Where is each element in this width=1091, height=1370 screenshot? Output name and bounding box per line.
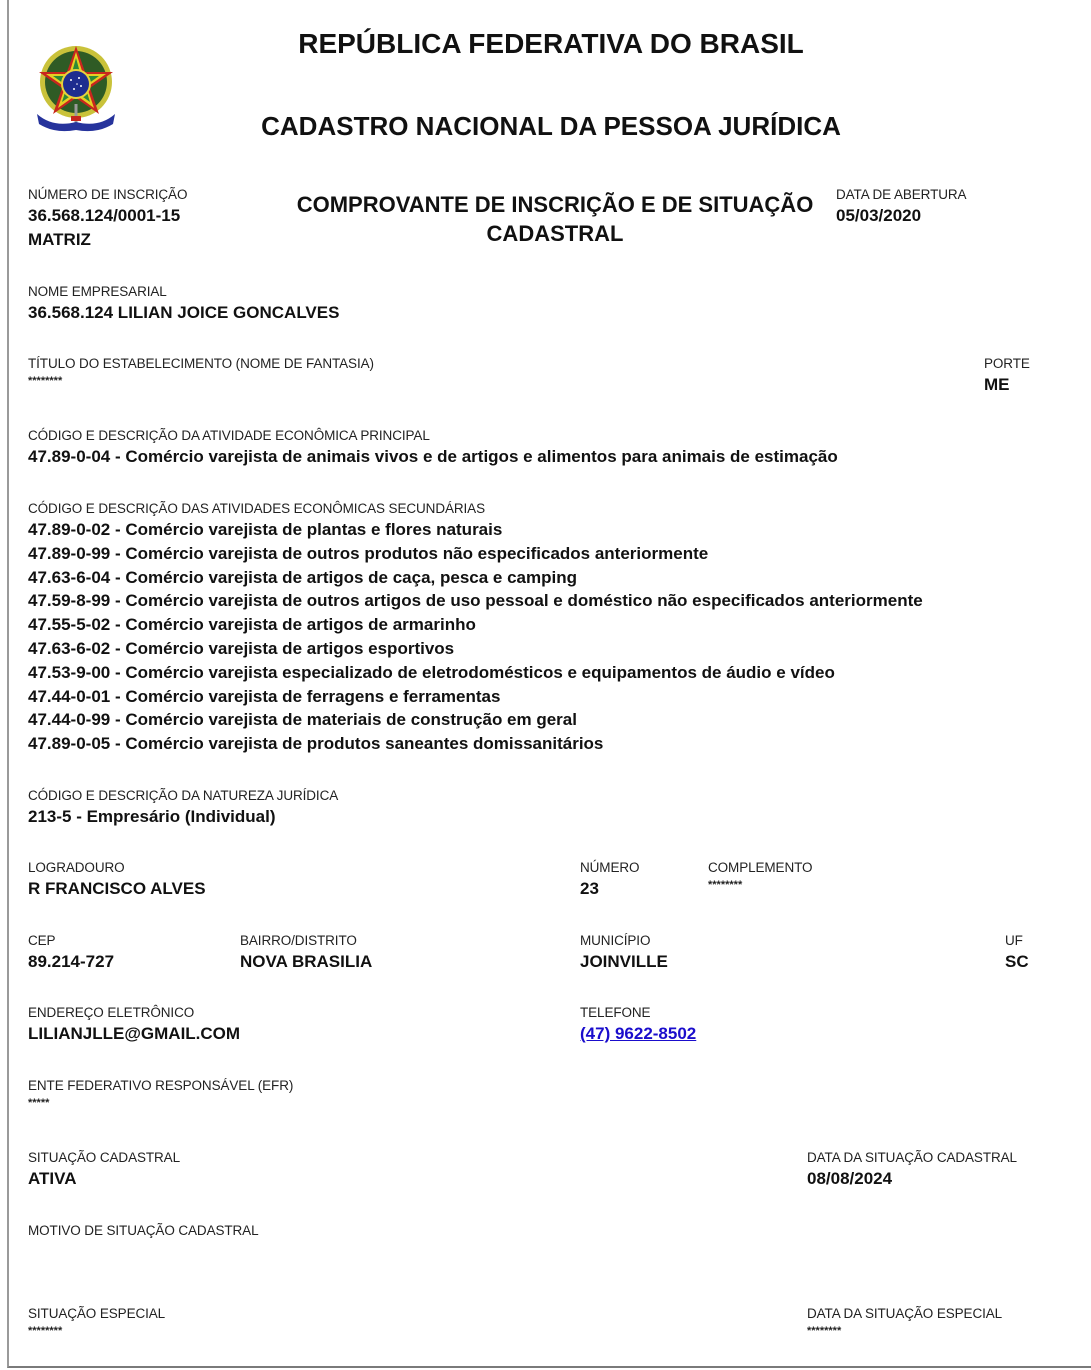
uf-label: UF xyxy=(1005,933,1023,948)
complemento-value: ******** xyxy=(708,879,742,891)
motivo-situacao-label: MOTIVO DE SITUAÇÃO CADASTRAL xyxy=(28,1223,258,1238)
atividade-secundaria-item: 47.59-8-99 - Comércio varejista de outro… xyxy=(28,589,923,613)
titulo-estabelecimento-label: TÍTULO DO ESTABELECIMENTO (NOME DE FANTA… xyxy=(28,356,374,371)
cep-value: 89.214-727 xyxy=(28,952,114,972)
atividade-secundaria-item: 47.63-6-04 - Comércio varejista de artig… xyxy=(28,566,923,590)
situacao-cadastral-label: SITUAÇÃO CADASTRAL xyxy=(28,1150,180,1165)
document-title-line1: COMPROVANTE DE INSCRIÇÃO E DE SITUAÇÃO xyxy=(280,190,830,219)
complemento-label: COMPLEMENTO xyxy=(708,860,812,875)
porte-value: ME xyxy=(984,375,1010,395)
natureza-juridica-value: 213-5 - Empresário (Individual) xyxy=(28,807,276,827)
atividade-principal-label: CÓDIGO E DESCRIÇÃO DA ATIVIDADE ECONÔMIC… xyxy=(28,428,430,443)
titulo-estabelecimento-value: ******** xyxy=(28,375,62,387)
situacao-especial-value: ******** xyxy=(28,1325,62,1337)
bairro-label: BAIRRO/DISTRITO xyxy=(240,933,357,948)
numero-label: NÚMERO xyxy=(580,860,639,875)
cnpj-registry-title: CADASTRO NACIONAL DA PESSOA JURÍDICA xyxy=(0,111,1091,142)
atividade-secundaria-item: 47.63-6-02 - Comércio varejista de artig… xyxy=(28,637,923,661)
atividades-secundarias-list: 47.89-0-02 - Comércio varejista de plant… xyxy=(28,518,923,756)
atividade-secundaria-item: 47.55-5-02 - Comércio varejista de artig… xyxy=(28,613,923,637)
document-title-line2: CADASTRAL xyxy=(280,219,830,248)
telefone-link[interactable]: (47) 9622-8502 xyxy=(580,1024,696,1044)
inscricao-number: 36.568.124/0001-15 xyxy=(28,206,180,226)
logradouro-label: LOGRADOURO xyxy=(28,860,125,875)
logradouro-value: R FRANCISCO ALVES xyxy=(28,879,206,899)
data-situacao-especial-label: DATA DA SITUAÇÃO ESPECIAL xyxy=(807,1306,1002,1321)
abertura-label: DATA DE ABERTURA xyxy=(836,187,966,202)
municipio-label: MUNICÍPIO xyxy=(580,933,650,948)
atividade-secundaria-item: 47.44-0-01 - Comércio varejista de ferra… xyxy=(28,685,923,709)
atividade-secundaria-item: 47.44-0-99 - Comércio varejista de mater… xyxy=(28,708,923,732)
atividade-secundaria-item: 47.89-0-02 - Comércio varejista de plant… xyxy=(28,518,923,542)
data-situacao-cadastral-value: 08/08/2024 xyxy=(807,1169,892,1189)
natureza-juridica-label: CÓDIGO E DESCRIÇÃO DA NATUREZA JURÍDICA xyxy=(28,788,338,803)
atividade-secundaria-item: 47.53-9-00 - Comércio varejista especial… xyxy=(28,661,923,685)
atividade-secundaria-item: 47.89-0-05 - Comércio varejista de produ… xyxy=(28,732,923,756)
efr-value: ***** xyxy=(28,1097,49,1109)
email-label: ENDEREÇO ELETRÔNICO xyxy=(28,1005,194,1020)
document-title: COMPROVANTE DE INSCRIÇÃO E DE SITUAÇÃO C… xyxy=(280,190,830,248)
nome-empresarial-value: 36.568.124 LILIAN JOICE GONCALVES xyxy=(28,303,339,323)
inscricao-label: NÚMERO DE INSCRIÇÃO xyxy=(28,187,187,202)
situacao-especial-label: SITUAÇÃO ESPECIAL xyxy=(28,1306,165,1321)
bairro-value: NOVA BRASILIA xyxy=(240,952,372,972)
municipio-value: JOINVILLE xyxy=(580,952,668,972)
data-situacao-cadastral-label: DATA DA SITUAÇÃO CADASTRAL xyxy=(807,1150,1017,1165)
cep-label: CEP xyxy=(28,933,55,948)
atividade-secundaria-item: 47.89-0-99 - Comércio varejista de outro… xyxy=(28,542,923,566)
data-situacao-especial-value: ******** xyxy=(807,1325,841,1337)
email-value: LILIANJLLE@GMAIL.COM xyxy=(28,1024,240,1044)
uf-value: SC xyxy=(1005,952,1029,972)
abertura-date: 05/03/2020 xyxy=(836,206,921,226)
nome-empresarial-label: NOME EMPRESARIAL xyxy=(28,284,167,299)
republic-title: REPÚBLICA FEDERATIVA DO BRASIL xyxy=(0,28,1091,60)
telefone-label: TELEFONE xyxy=(580,1005,650,1020)
numero-value: 23 xyxy=(580,879,599,899)
inscricao-tipo: MATRIZ xyxy=(28,230,91,250)
atividades-secundarias-label: CÓDIGO E DESCRIÇÃO DAS ATIVIDADES ECONÔM… xyxy=(28,501,485,516)
situacao-cadastral-value: ATIVA xyxy=(28,1169,76,1189)
porte-label: PORTE xyxy=(984,356,1030,371)
atividade-principal-value: 47.89-0-04 - Comércio varejista de anima… xyxy=(28,447,838,467)
efr-label: ENTE FEDERATIVO RESPONSÁVEL (EFR) xyxy=(28,1078,293,1093)
